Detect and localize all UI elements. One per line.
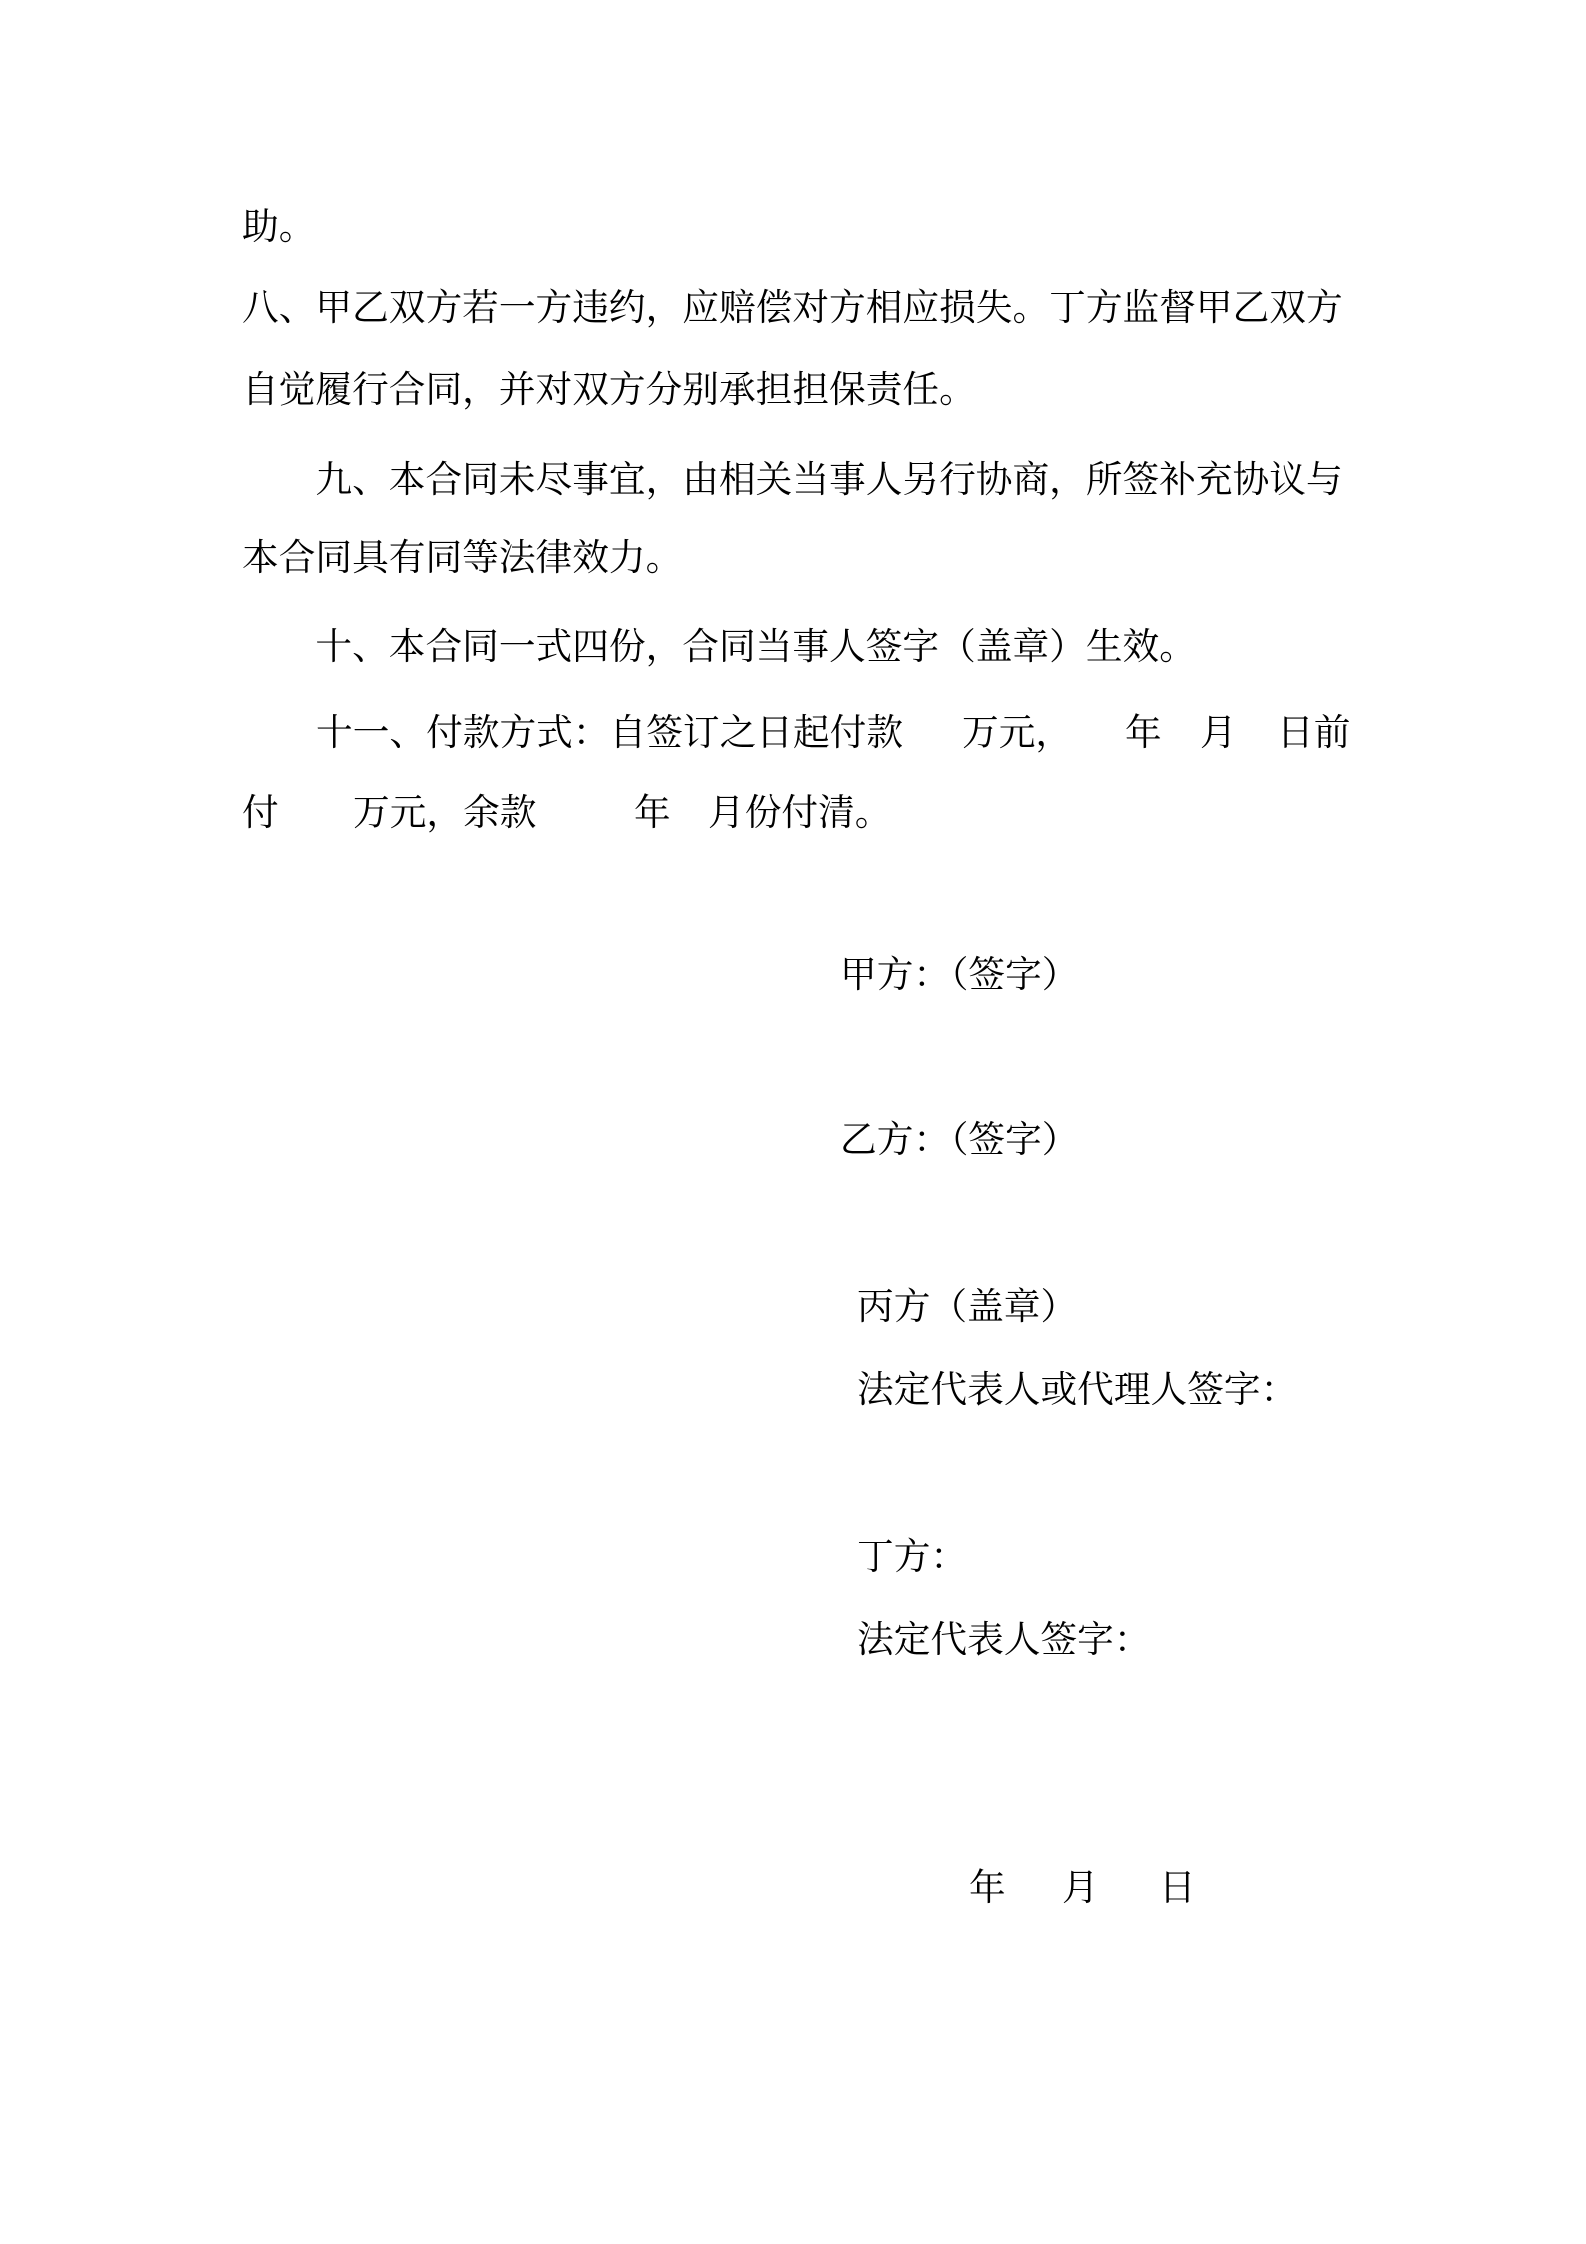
document-page: 助。 八、甲乙双方若一方违约，应赔偿对方相应损失。丁方监督甲乙双方 自觉履行合同… <box>0 0 1586 2244</box>
party-a-signature: 甲方：（签字） <box>840 957 1078 994</box>
payment-day-label: 日前 <box>1277 715 1350 752</box>
date-day-label: 日 <box>1159 1870 1196 1907</box>
clause-9-line-1: 九、本合同未尽事宜，由相关当事人另行协商，所签补充协议与 <box>242 462 1343 499</box>
clause-9-line-2: 本合同具有同等法律效力。 <box>242 540 682 577</box>
clause-8-line-2: 自觉履行合同，并对双方分别承担担保责任。 <box>242 372 976 409</box>
party-d-representative-signature: 法定代表人签字： <box>857 1622 1151 1659</box>
clause-10-line: 十、本合同一式四份，合同当事人签字（盖章）生效。 <box>242 629 1196 666</box>
payment-pay-label: 付 <box>242 795 279 832</box>
payment-balance-month-label: 月份付清。 <box>708 795 891 832</box>
payment-second-amount-unit: 万元，余款 <box>353 795 536 832</box>
party-d-label: 丁方： <box>857 1539 967 1576</box>
clause-8-line-1: 八、甲乙双方若一方违约，应赔偿对方相应损失。丁方监督甲乙双方 <box>242 290 1343 327</box>
party-b-signature: 乙方：（签字） <box>840 1122 1078 1159</box>
party-c-seal: 丙方（盖章） <box>857 1289 1077 1326</box>
payment-intro: 十一、付款方式：自签订之日起付款 <box>316 715 903 752</box>
payment-first-amount-unit: 万元， <box>962 715 1072 752</box>
date-year-label: 年 <box>969 1870 1006 1907</box>
date-month-label: 月 <box>1062 1870 1099 1907</box>
payment-balance-year-label: 年 <box>634 795 671 832</box>
payment-year-label: 年 <box>1125 715 1162 752</box>
continuation-line: 助。 <box>242 209 315 246</box>
party-c-representative-signature: 法定代表人或代理人签字： <box>857 1372 1297 1409</box>
payment-month-label: 月 <box>1200 715 1237 752</box>
